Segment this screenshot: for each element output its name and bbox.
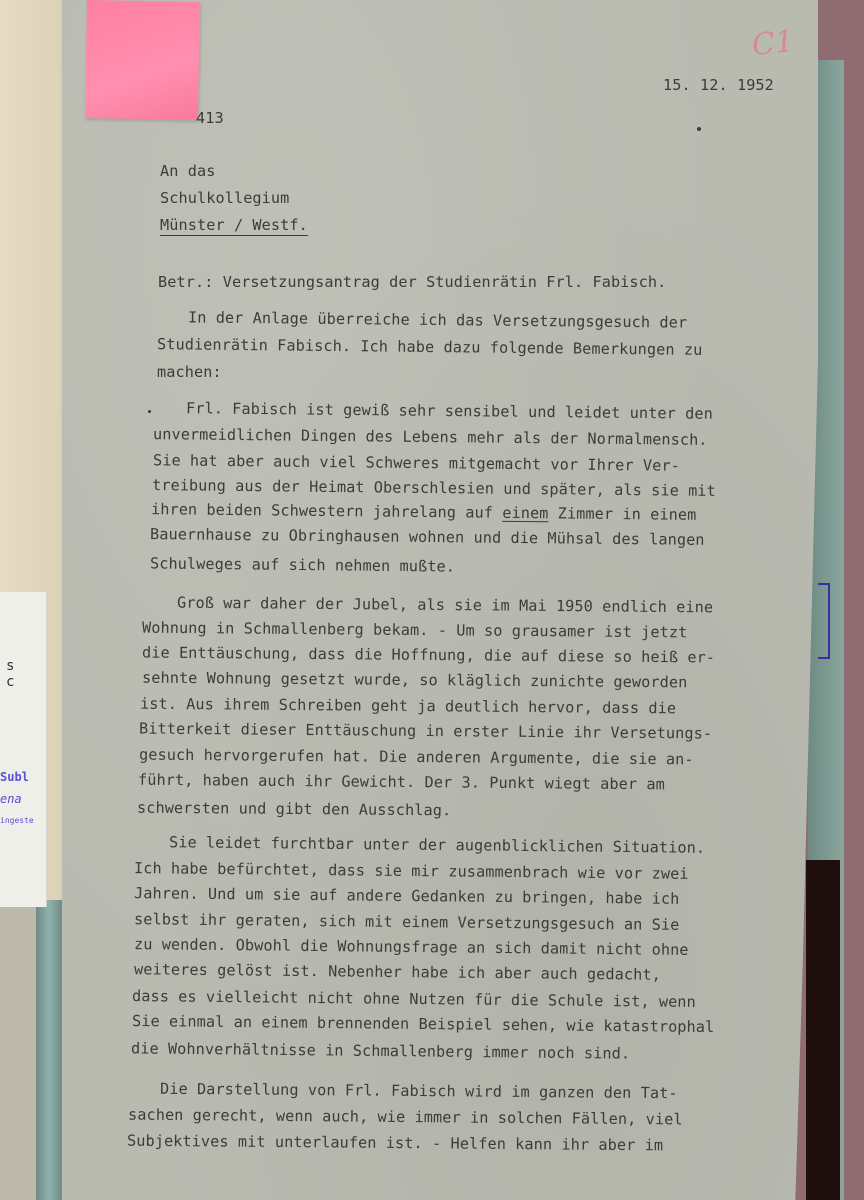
side-label-card: s c Subl ena ingeste	[0, 592, 47, 907]
ink-dot	[697, 127, 701, 131]
side-label-stamp: Subl	[0, 770, 29, 784]
sticky-note	[85, 0, 200, 120]
letter-date: 15. 12. 1952	[663, 76, 774, 94]
ink-dot	[148, 410, 151, 413]
text-line: machen:	[157, 363, 222, 381]
text-segment: Zimmer in einem	[548, 504, 696, 524]
stacked-pages-dark	[806, 860, 840, 1200]
reference-number: 413	[196, 109, 224, 127]
recipient-line-1: An das	[160, 162, 215, 180]
pencil-annotation: C1	[750, 24, 795, 63]
side-label-small: ingeste	[0, 816, 34, 825]
text-line: Schulweges auf sich nehmen mußte.	[150, 554, 455, 575]
folder-lower-board	[0, 905, 40, 1200]
blue-bracket-mark	[818, 583, 830, 659]
text-segment: ihren beiden Schwestern jahrelang auf	[151, 500, 502, 522]
folder-spine	[36, 900, 62, 1200]
subject-line: Betr.: Versetzungsantrag der Studienräti…	[158, 273, 666, 291]
side-label-text: s c	[6, 658, 46, 690]
side-label-handwriting: ena	[0, 792, 22, 806]
emphasized-word: einem	[502, 504, 548, 522]
text-line: schwersten und gibt den Ausschlag.	[137, 799, 451, 820]
recipient-line-2: Schulkollegium	[160, 189, 289, 207]
recipient-line-3: Münster / Westf.	[160, 216, 308, 236]
